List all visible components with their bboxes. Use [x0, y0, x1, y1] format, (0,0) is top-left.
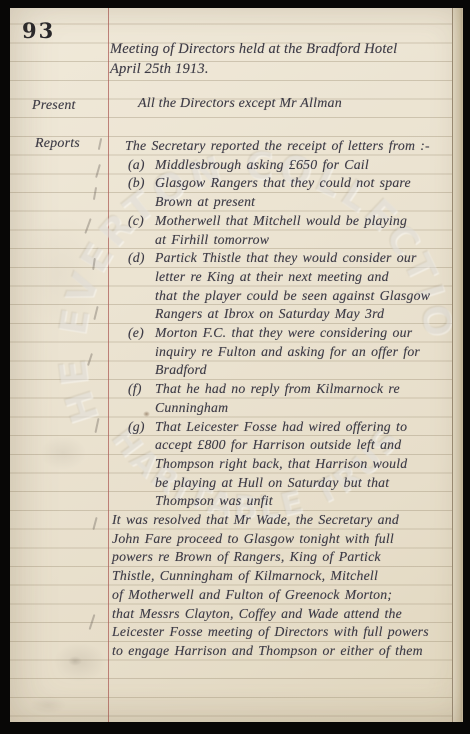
reports-label: Reports: [35, 136, 80, 152]
letter-line: Motherwell that Mitchell would be playin…: [155, 212, 407, 231]
letter-line: That Leicester Fosse had wired offering …: [155, 418, 407, 437]
letter-line: Cunningham: [155, 399, 400, 418]
letter-line: at Firhill tomorrow: [155, 231, 407, 250]
letter-item: (c)Motherwell that Mitchell would be pla…: [112, 212, 464, 249]
letter-line: Thompson was unfit: [155, 492, 407, 511]
heading-line1: Meeting of Directors held at the Bradfor…: [110, 40, 397, 60]
letter-line: accept £800 for Harrison outside left an…: [155, 436, 407, 455]
letter-id: (g): [128, 418, 155, 512]
letter-line: Partick Thistle that they would consider…: [155, 249, 430, 268]
letters-list: (a)Middlesbrough asking £650 for Cail(b)…: [112, 156, 464, 511]
letter-item: (a)Middlesbrough asking £650 for Cail: [112, 156, 464, 175]
page-number: 93: [22, 18, 55, 43]
resolution-line: Leicester Fosse meeting of Directors wit…: [112, 623, 464, 642]
letter-line: letter re King at their next meeting and: [155, 268, 430, 287]
reports-intro: The Secretary reported the receipt of le…: [112, 137, 464, 156]
letter-id: (b): [128, 174, 155, 211]
letter-line: Rangers at Ibrox on Saturday May 3rd: [155, 305, 430, 324]
resolution-line: that Messrs Clayton, Coffey and Wade att…: [112, 605, 464, 624]
letter-line: Brown at present: [155, 193, 411, 212]
letter-line: Glasgow Rangers that they could not spar…: [155, 174, 411, 193]
letter-item: (f)That he had no reply from Kilmarnock …: [112, 380, 464, 417]
letter-line: that the player could be seen against Gl…: [155, 287, 430, 306]
letter-item: (d)Partick Thistle that they would consi…: [112, 249, 464, 324]
resolution-line: to engage Harrison and Thompson or eithe…: [112, 642, 464, 661]
resolution-line: powers re Brown of Rangers, King of Part…: [112, 548, 464, 567]
letter-item: (g)That Leicester Fosse had wired offeri…: [112, 418, 464, 512]
present-label: Present: [32, 98, 76, 114]
letter-item: (e)Morton F.C. that they were considerin…: [112, 324, 464, 380]
letter-line: That he had no reply from Kilmarnock re: [155, 380, 400, 399]
resolution-line: John Fare proceed to Glasgow tonight wit…: [112, 530, 464, 549]
scanned-minute-book: THE EVERTON COLLECTION CHARITABLE TRUST …: [0, 0, 470, 734]
letter-line: be playing at Hull on Saturday but that: [155, 474, 407, 493]
letter-line: Bradford: [155, 361, 420, 380]
letter-id: (c): [128, 212, 155, 249]
letter-id: (a): [128, 156, 155, 175]
letter-item: (b)Glasgow Rangers that they could not s…: [112, 174, 464, 211]
letter-line: Middlesbrough asking £650 for Cail: [155, 156, 369, 175]
resolution-line: It was resolved that Mr Wade, the Secret…: [112, 511, 464, 530]
adjacent-page-edge: [452, 8, 463, 722]
letter-id: (f): [128, 380, 155, 417]
letter-id: (e): [128, 324, 155, 380]
meeting-heading: Meeting of Directors held at the Bradfor…: [110, 40, 397, 79]
ledger-page: THE EVERTON COLLECTION CHARITABLE TRUST …: [10, 8, 462, 722]
letter-line: Thompson right back, that Harrison would: [155, 455, 407, 474]
resolution-paragraph: It was resolved that Mr Wade, the Secret…: [112, 511, 464, 661]
resolution-line: of Motherwell and Fulton of Greenock Mor…: [112, 586, 464, 605]
minutes-body: The Secretary reported the receipt of le…: [112, 137, 464, 661]
resolution-line: Thistle, Cunningham of Kilmarnock, Mitch…: [112, 567, 464, 586]
heading-line2: April 25th 1913.: [110, 60, 397, 80]
present-text: All the Directors except Mr Allman: [138, 96, 342, 112]
letter-line: inquiry re Fulton and asking for an offe…: [155, 343, 420, 362]
letter-line: Morton F.C. that they were considering o…: [155, 324, 420, 343]
letter-id: (d): [128, 249, 155, 324]
